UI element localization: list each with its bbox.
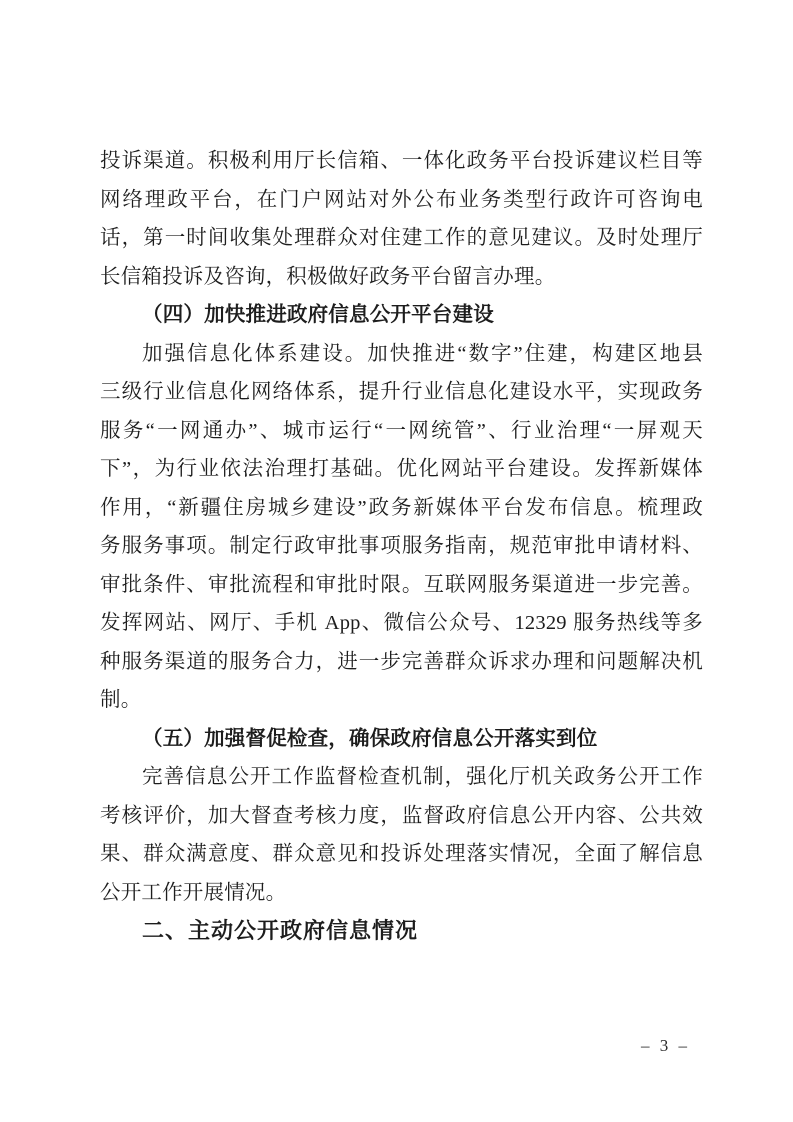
- text-line: 完善信息公开工作监督检查机制，强化厅机关政务公开工作: [100, 758, 703, 797]
- text-line: 种服务渠道的服务合力，进一步完善群众诉求办理和问题解决机: [100, 643, 703, 682]
- text-line: 加强信息化体系建设。加快推进“数字”住建，构建区地县: [100, 335, 703, 374]
- text-line: 务服务事项。制定行政审批事项服务指南，规范审批申请材料、: [100, 527, 703, 566]
- text-line: 投诉渠道。积极利用厅长信箱、一体化政务平台投诉建议栏目等: [100, 142, 703, 181]
- section-heading-5: （五）加强督促检查，确保政府信息公开落实到位: [100, 720, 703, 759]
- document-body: 投诉渠道。积极利用厅长信箱、一体化政务平台投诉建议栏目等 网络理政平台，在门户网…: [100, 142, 703, 951]
- text-line: 作用，“新疆住房城乡建设”政务新媒体平台发布信息。梳理政: [100, 489, 703, 528]
- text-line: 三级行业信息化网络体系，提升行业信息化建设水平，实现政务: [100, 373, 703, 412]
- text-line: 服务“一网通办”、城市运行“一网统管”、行业治理“一屏观天: [100, 412, 703, 451]
- text-line: 考核评价，加大督查考核力度，监督政府信息公开内容、公共效: [100, 797, 703, 836]
- text-line: 审批条件、审批流程和审批时限。互联网服务渠道进一步完善。: [100, 566, 703, 605]
- text-line: 网络理政平台，在门户网站对外公布业务类型行政许可咨询电: [100, 181, 703, 220]
- text-line: 制。: [100, 681, 703, 720]
- text-line: 发挥网站、网厅、手机 App、微信公众号、12329 服务热线等多: [100, 604, 703, 643]
- text-line: 长信箱投诉及咨询，积极做好政务平台留言办理。: [100, 258, 703, 297]
- text-line: 果、群众满意度、群众意见和投诉处理落实情况，全面了解信息: [100, 835, 703, 874]
- text-line: 话，第一时间收集处理群众对住建工作的意见建议。及时处理厅: [100, 219, 703, 258]
- section-heading-4: （四）加快推进政府信息公开平台建设: [100, 296, 703, 335]
- main-section-heading: 二、主动公开政府信息情况: [100, 912, 703, 951]
- document-page: 投诉渠道。积极利用厅长信箱、一体化政务平台投诉建议栏目等 网络理政平台，在门户网…: [0, 0, 793, 1122]
- page-number: – 3 –: [641, 1036, 690, 1056]
- text-line: 公开工作开展情况。: [100, 874, 703, 913]
- text-line: 下”，为行业依法治理打基础。优化网站平台建设。发挥新媒体: [100, 450, 703, 489]
